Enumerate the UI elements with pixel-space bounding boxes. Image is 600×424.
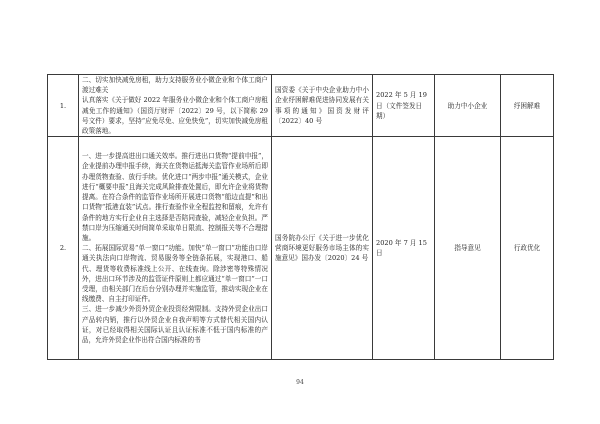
table-row: 2. 一、进一步提高进出口通关效率。推行进出口货物“提前申报”，企业提前办理申报…	[48, 137, 554, 360]
policy-type: 指导意见	[435, 137, 501, 360]
content-paragraph: 二、拓展国际贸易“单一窗口”功能。加快“单一窗口”功能由口岸通关执法向口岸物流、…	[82, 243, 268, 304]
content-paragraph: 三、进一步减少外资外贸企业投资经营限制。支持外贸企业出口产品转内销，推行以外贸企…	[82, 304, 268, 345]
page-number: 94	[0, 379, 600, 386]
policy-date: 2020 年 7 月 15 日	[373, 137, 435, 360]
content-paragraph: 一、进一步提高进出口通关效率。推行进出口货物“提前申报”，企业提前办理申报手续，…	[82, 151, 268, 243]
policy-date: 2022 年 5 月 19 日（文件签发日期）	[373, 75, 435, 137]
policy-source: 国资委《关于中央企业助力中小企业纾困解难促进协同发展有关事项的通知》国资发财评〔…	[272, 75, 373, 137]
row-number: 1.	[48, 75, 79, 137]
policy-type: 助力中小企业	[435, 75, 501, 137]
row-number: 2.	[48, 137, 79, 360]
table-row: 1. 二、切实加快减免房租，助力支持服务业小微企业和个体工商户渡过难关 认真落实…	[48, 75, 554, 137]
policy-content: 二、切实加快减免房租，助力支持服务业小微企业和个体工商户渡过难关 认真落实《关于…	[79, 75, 272, 137]
policy-category: 行政优化	[501, 137, 554, 360]
content-paragraph: 认真落实《关于做好 2022 年服务业小微企业和个体工商户房租减免工作的通知》（…	[82, 95, 268, 136]
document-page: 1. 二、切实加快减免房租，助力支持服务业小微企业和个体工商户渡过难关 认真落实…	[0, 0, 600, 424]
policy-content: 一、进一步提高进出口通关效率。推行进出口货物“提前申报”，企业提前办理申报手续，…	[79, 137, 272, 360]
policy-source: 国务院办公厅《关于进一步优化营商环境更好服务市场主体的实施意见》国办发〔2020…	[272, 137, 373, 360]
content-paragraph: 二、切实加快减免房租，助力支持服务业小微企业和个体工商户渡过难关	[82, 75, 268, 95]
policy-category: 纾困解难	[501, 75, 554, 137]
policy-table: 1. 二、切实加快减免房租，助力支持服务业小微企业和个体工商户渡过难关 认真落实…	[47, 74, 554, 360]
